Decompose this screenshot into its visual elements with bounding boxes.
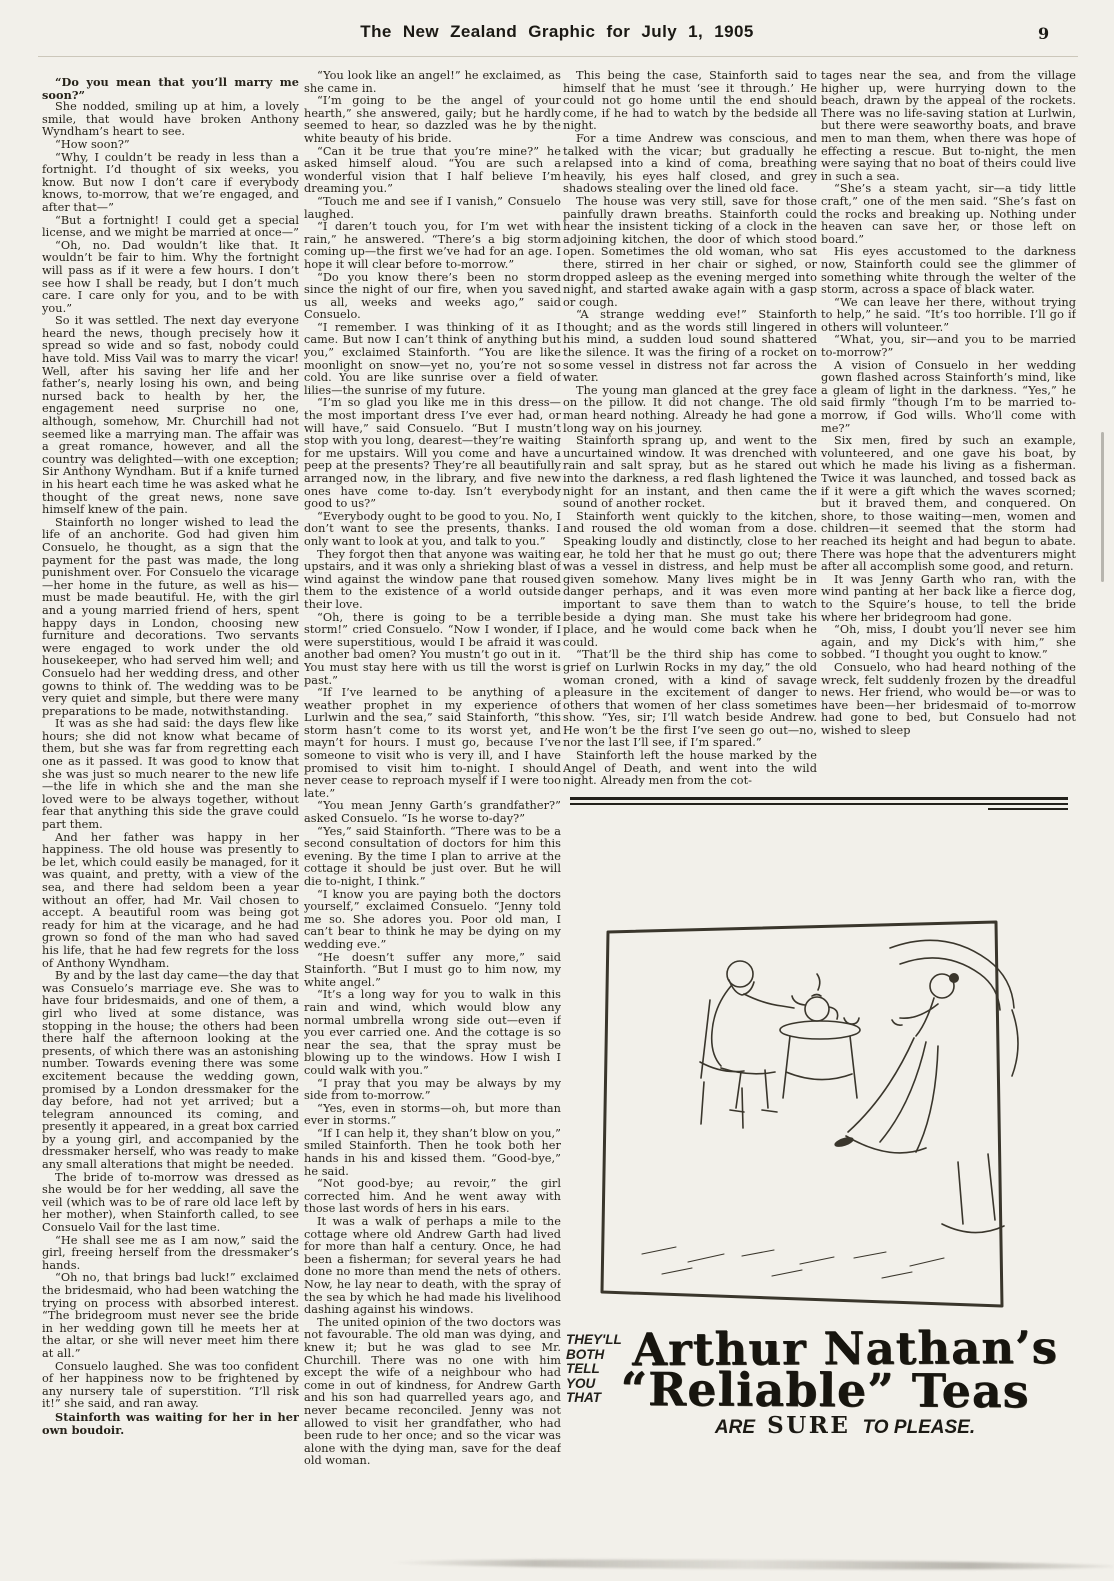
story-paragraph: Six men, fired by such an example, volun… xyxy=(821,435,1076,574)
masthead-title: The New Zealand Graphic for July 1, 1905 xyxy=(0,22,1114,42)
story-paragraph: It was Jenny Garth who ran, with the win… xyxy=(821,574,1076,624)
story-paragraph: And her father was happy in her happines… xyxy=(42,832,299,971)
story-paragraph: “Do you mean that you’ll marry me soon?” xyxy=(42,76,299,101)
page-number: 9 xyxy=(1038,24,1049,43)
story-paragraph: “It’s a long way for you to walk in this… xyxy=(304,989,561,1077)
story-column-4: tages near the sea, and from the village… xyxy=(821,70,1076,788)
story-paragraph: “Yes, even in storms—oh, but more than e… xyxy=(304,1103,561,1128)
story-paragraph: “You mean Jenny Garth’s grandfather?” as… xyxy=(304,800,561,825)
story-paragraph: “Everybody ought to be good to you. No, … xyxy=(304,511,561,549)
story-paragraph: “Yes,” said Stainforth. “There was to be… xyxy=(304,826,561,889)
newspaper-page: The New Zealand Graphic for July 1, 1905… xyxy=(0,0,1114,1581)
story-paragraph: “How soon?” xyxy=(42,139,299,152)
story-paragraph: “Touch me and see if I vanish,” Consuelo… xyxy=(304,196,561,221)
story-column-1: “Do you mean that you’ll marry me soon?”… xyxy=(42,76,299,1474)
tea-table xyxy=(780,974,860,1098)
seated-man-figure xyxy=(700,961,794,1128)
story-paragraph: “I pray that you may be always by my sid… xyxy=(304,1078,561,1103)
story-paragraph: This being the case, Stainforth said to … xyxy=(563,70,817,133)
ad-lead-in-line: THEY'LL xyxy=(566,1333,636,1348)
story-paragraph: tages near the sea, and from the village… xyxy=(821,70,1076,183)
story-paragraph: “You look like an angel!” he exclaimed, … xyxy=(304,70,561,95)
story-paragraph: “Oh, miss, I doubt you’ll never see him … xyxy=(821,624,1076,662)
story-paragraph: By and by the last day came—the day that… xyxy=(42,970,299,1172)
story-paragraph: The bride of to-morrow was dressed as sh… xyxy=(42,1172,299,1235)
story-column-3: This being the case, Stainforth said to … xyxy=(563,70,817,788)
story-paragraph: “Oh, there is going to be a terrible sto… xyxy=(304,612,561,688)
story-paragraph: Stainforth no longer wished to lead the … xyxy=(42,517,299,719)
story-paragraph: “A strange wedding eve!” Stainforth thou… xyxy=(563,309,817,385)
story-paragraph: “I remember. I was thinking of it as I c… xyxy=(304,322,561,398)
story-paragraph: “Oh, no. Dad wouldn’t like that. It woul… xyxy=(42,240,299,316)
tea-scene-illustration xyxy=(592,910,1024,1312)
story-paragraph: So it was settled. The next day everyone… xyxy=(42,315,299,517)
story-paragraph: “I’m so glad you like me in this dress—t… xyxy=(304,397,561,510)
story-paragraph: “That’ll be the third ship has come to g… xyxy=(563,649,817,750)
story-paragraph: “He shall see me as I am now,” said the … xyxy=(42,1235,299,1273)
section-divider-rule-bottom xyxy=(570,803,1068,805)
story-paragraph: The house was very still, save for those… xyxy=(563,196,817,309)
story-paragraph: “I’m going to be the angel of your heart… xyxy=(304,95,561,145)
story-paragraph: “Can it be true that you’re mine?” he as… xyxy=(304,146,561,196)
story-paragraph: Consuelo, who had heard nothing of the w… xyxy=(821,662,1076,738)
story-paragraph: “If I can help it, they shan’t blow on y… xyxy=(304,1128,561,1178)
story-paragraph: Stainforth left the house marked by the … xyxy=(563,750,817,788)
story-paragraph: “I daren’t touch you, for I’m wet with r… xyxy=(304,221,561,271)
ad-lead-in-line: BOTH xyxy=(566,1348,636,1363)
story-paragraph: “We can leave her there, without trying … xyxy=(821,297,1076,335)
story-paragraph: Stainforth was waiting for her in her ow… xyxy=(42,1411,299,1436)
story-paragraph: Stainforth sprang up, and went to the un… xyxy=(563,435,817,511)
story-column-2: “You look like an angel!” he exclaimed, … xyxy=(304,70,561,1560)
story-paragraph: It was a walk of perhaps a mile to the c… xyxy=(304,1216,561,1317)
scan-artifact-edge xyxy=(1101,432,1104,582)
story-paragraph: “If I’ve learned to be anything of a wea… xyxy=(304,687,561,800)
story-paragraph: His eyes accustomed to the darkness now,… xyxy=(821,246,1076,296)
header-rule xyxy=(38,56,1078,57)
ad-tagline-sure: SURE xyxy=(767,1412,850,1439)
story-paragraph: For a time Andrew was conscious, and tal… xyxy=(563,133,817,196)
story-paragraph: “He doesn’t suffer any more,” said Stain… xyxy=(304,952,561,990)
illustration-frame xyxy=(602,922,1002,1306)
ad-product-name: “Reliable” Teas xyxy=(585,1362,1065,1419)
story-paragraph: “What, you, sir—and you to be married to… xyxy=(821,334,1076,359)
story-paragraph: “Do you know there’s been no storm since… xyxy=(304,272,561,322)
section-divider-rule-top xyxy=(570,797,1068,800)
section-divider-rule-extra xyxy=(988,808,1068,810)
story-paragraph: They forgot then that anyone was waiting… xyxy=(304,549,561,612)
story-paragraph: It was as she had said: the days flew li… xyxy=(42,718,299,831)
story-paragraph: She nodded, smiling up at him, a lovely … xyxy=(42,101,299,139)
scan-artifact-bottom xyxy=(390,1558,1114,1571)
ad-tagline: ARE SURE TO PLEASE. xyxy=(630,1412,1060,1439)
floor-hatching xyxy=(642,1247,944,1278)
story-paragraph: “Why, I couldn’t be ready in less than a… xyxy=(42,152,299,215)
ad-tagline-rest: TO PLEASE. xyxy=(863,1417,976,1438)
story-paragraph: A vision of Consuelo in her wedding gown… xyxy=(821,360,1076,436)
story-paragraph: The young man glanced at the grey face o… xyxy=(563,385,817,435)
story-paragraph: “But a fortnight! I could get a special … xyxy=(42,215,299,240)
story-paragraph: “Oh no, that brings bad luck!” exclaimed… xyxy=(42,1272,299,1360)
ad-tagline-are: ARE xyxy=(715,1417,755,1438)
story-paragraph: Consuelo laughed. She was too confident … xyxy=(42,1361,299,1411)
seated-woman-figure xyxy=(833,940,1018,1232)
story-paragraph: Stainforth went quickly to the kitchen, … xyxy=(563,511,817,650)
story-paragraph: “She’s a steam yacht, sir—a tidy little … xyxy=(821,183,1076,246)
story-paragraph: “Not good-bye; au revoir,” the girl corr… xyxy=(304,1178,561,1216)
teapot-icon xyxy=(805,997,829,1021)
story-paragraph: The united opinion of the two doctors wa… xyxy=(304,1317,561,1468)
story-paragraph: “I know you are paying both the doctors … xyxy=(304,889,561,952)
